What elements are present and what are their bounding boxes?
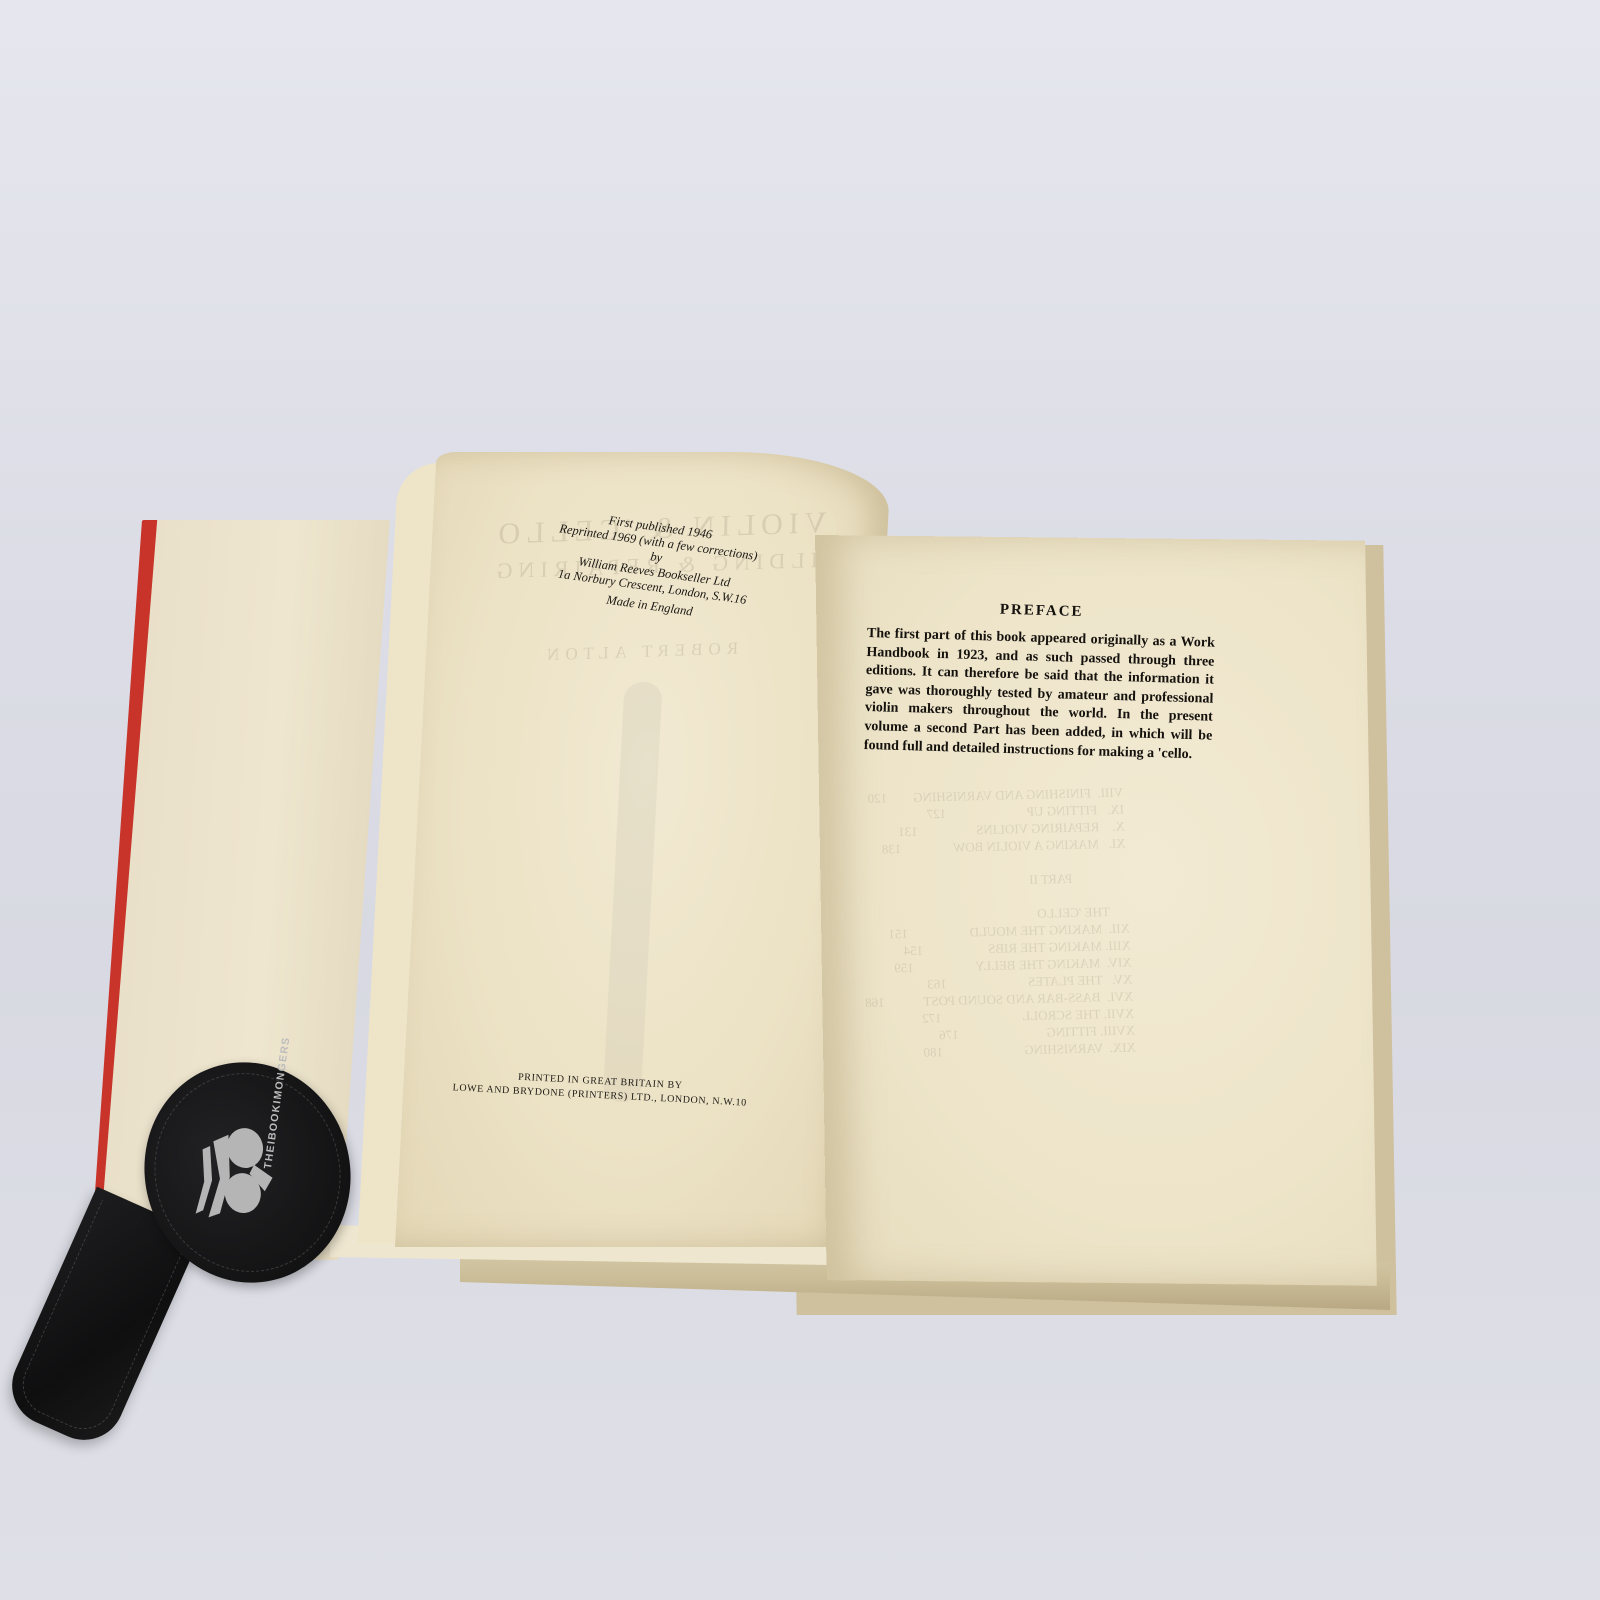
preface-section: PREFACE The first part of this book appe… — [864, 598, 1216, 765]
show-through-violin-illustration — [603, 682, 663, 1102]
show-through-author: ROBERT ALTON — [541, 639, 738, 666]
show-through-contents: VIII. FINISHING AND VARNISHING 120 IX. F… — [854, 784, 1136, 1062]
preface-body: The first part of this book appeared ori… — [864, 625, 1215, 765]
photo-scene: VIOLIN & 'CELLO BUILDING & REPAIRING ROB… — [0, 0, 1600, 1600]
